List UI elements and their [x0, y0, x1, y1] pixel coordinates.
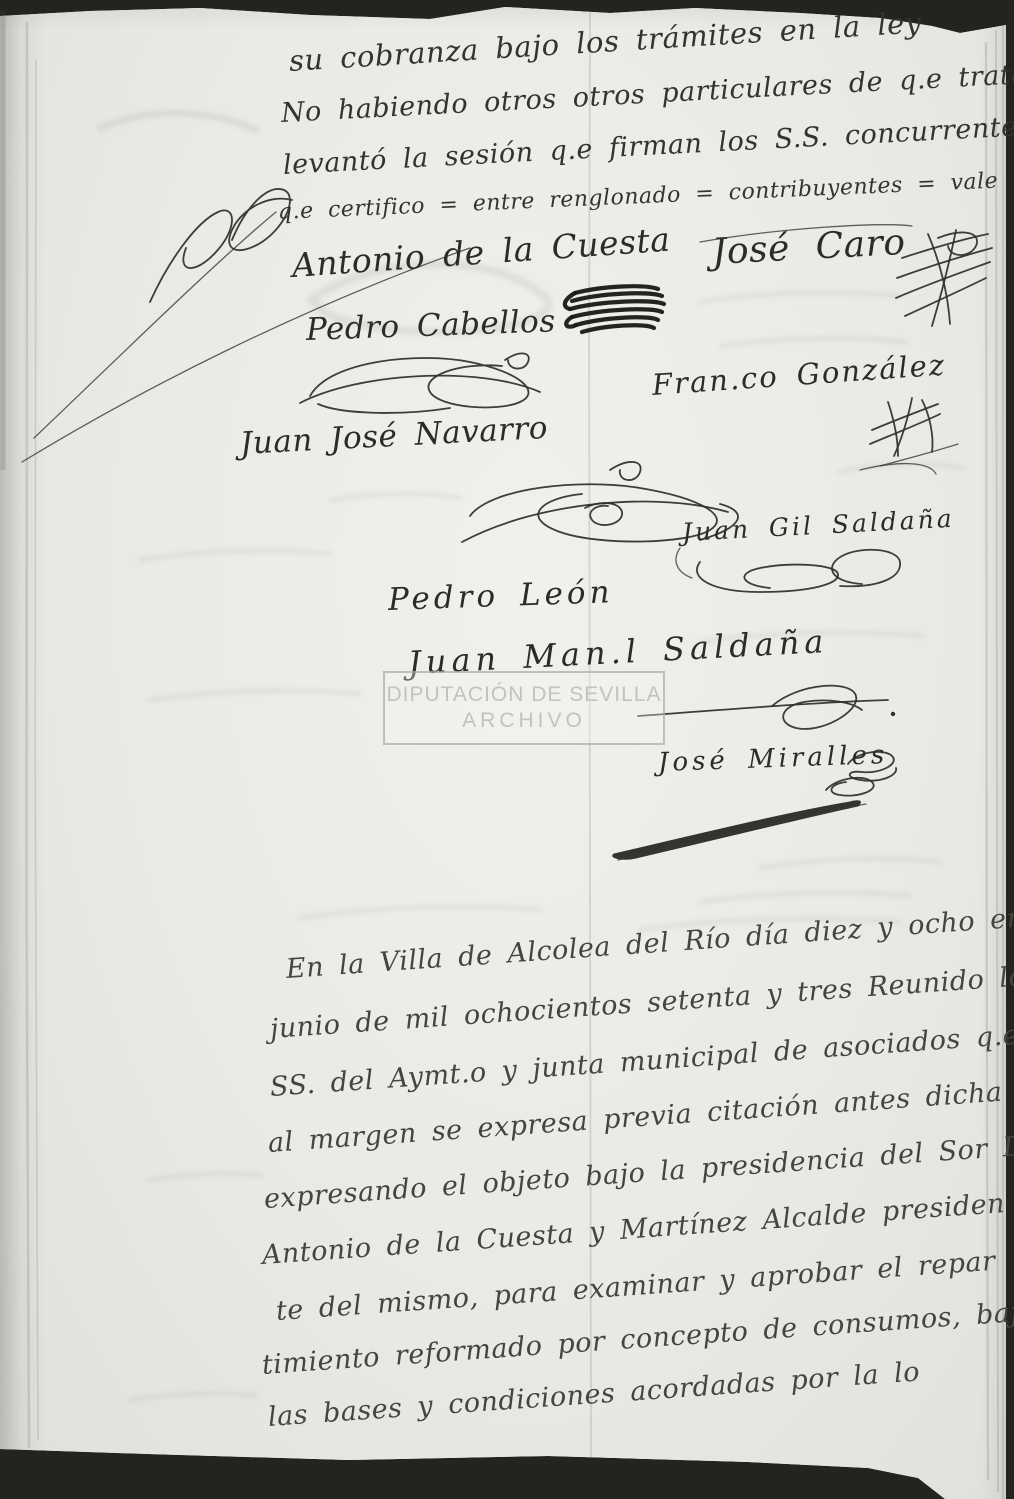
archive-watermark: DIPUTACIÓN DE SEVILLA ARCHIVO: [383, 671, 665, 745]
watermark-line-1: DIPUTACIÓN DE SEVILLA: [386, 683, 661, 707]
archival-scan: su cobranza bajo los trámites en la ley …: [0, 0, 1014, 1499]
watermark-line-2: ARCHIVO: [462, 709, 586, 733]
